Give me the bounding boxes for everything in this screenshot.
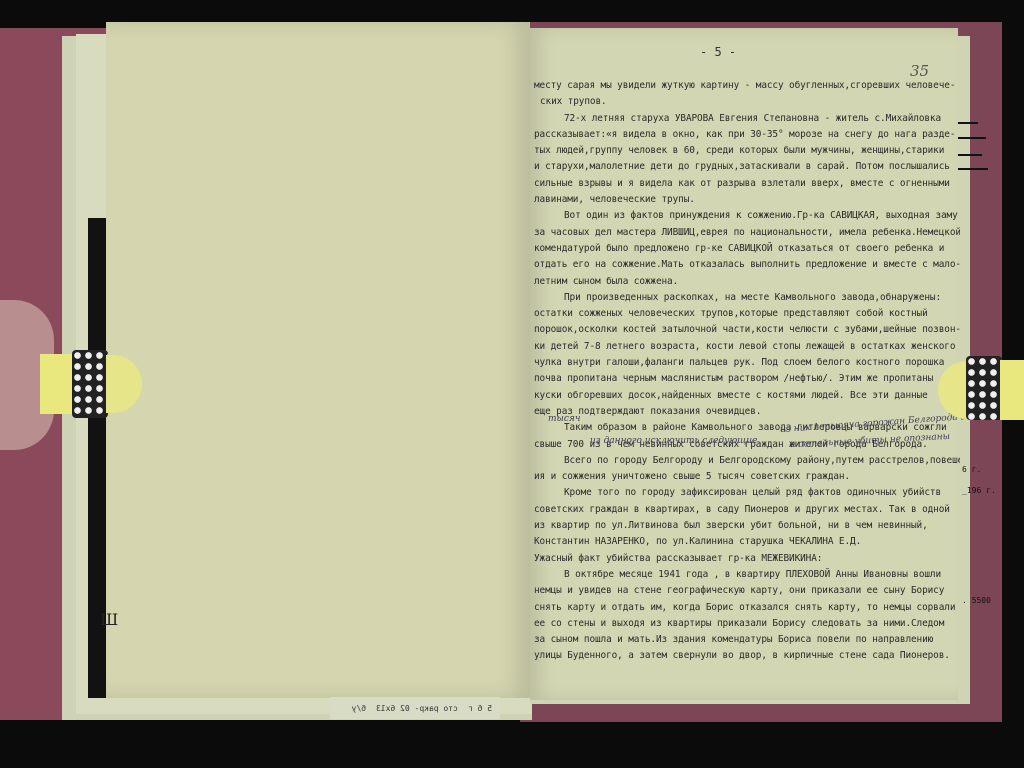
text-line: В октябре месяце 1941 года , в квартиру … [534, 567, 960, 583]
clip-band [72, 350, 108, 418]
page-clip-left [40, 350, 110, 418]
slip-text: сто ракр- 02 6х13 [376, 704, 458, 713]
text-line: ских трупов. [534, 94, 960, 110]
clip-sleeve [40, 354, 74, 414]
margin-mark: 6 г. [962, 465, 981, 474]
text-line: и старухи,малолетние дети до грудных,зат… [534, 159, 960, 175]
margin-mark: _196 г. [962, 486, 996, 495]
margin-mark: . 5500 [962, 596, 991, 605]
text-line: лавинами, человеческие трупы. [534, 192, 960, 208]
text-line: комендатурой было предложено гр-ке САВИЦ… [534, 241, 960, 257]
text-line: немцы и увидев на стене географическую к… [534, 583, 960, 599]
margin-rule [958, 154, 982, 156]
text-line: летним сыном была сожжена. [534, 274, 960, 290]
text-line: При произведенных раскопках, на месте Ка… [534, 290, 960, 306]
slip-text: 5 б г [468, 704, 492, 713]
clip-sleeve [1000, 360, 1024, 420]
text-line: Константин НАЗАРЕНКО, по ул.Калинина ста… [534, 534, 960, 550]
text-line: Всего по городу Белгороду и Белгородском… [534, 453, 960, 469]
text-line: сильные взрывы и я видела как от разрыва… [534, 176, 960, 192]
text-line: почва пропитана черным маслянистым раств… [534, 371, 960, 387]
page-number: - 5 - [700, 45, 736, 59]
text-line: за часовых дел мастера ЛИВШИЦ,еврея по н… [534, 225, 960, 241]
text-line: советских граждан в квартирах, в саду Пи… [534, 502, 960, 518]
text-line: тых людей,группу человек в 60, среди кот… [534, 143, 960, 159]
clip-cap [938, 361, 968, 419]
text-line: месту сарая мы увидели жуткую картину - … [534, 78, 960, 94]
text-line: Кроме того по городу зафиксирован целый … [534, 485, 960, 501]
text-line: отдать его на сожжение.Мать отказалась в… [534, 257, 960, 273]
text-line: Вот один из фактов принуждения к сожжени… [534, 208, 960, 224]
text-line: чулка внутри галоши,фаланги пальцев рук.… [534, 355, 960, 371]
margin-rule [958, 168, 988, 170]
text-line: остатки сожженых человеческих трупов,кот… [534, 306, 960, 322]
text-line: рассказывает:«я видела в окно, как при 3… [534, 127, 960, 143]
text-line: Ужасный факт убийства рассказывает гр-ка… [534, 551, 960, 567]
slip-text: б/у [352, 704, 366, 713]
clip-band [966, 356, 1002, 420]
margin-rule [958, 137, 986, 139]
text-line: снять карту и отдать им, когда Борис отк… [534, 600, 960, 616]
left-blank-page [106, 22, 530, 698]
text-line: порошок,осколки костей затылочной части,… [534, 322, 960, 338]
text-line: за сыном пошла и мать.Из здания комендат… [534, 632, 960, 648]
handwritten-annotation: тысяч [548, 414, 580, 424]
handwritten-annotation: из данного исключить следующие [590, 436, 757, 446]
text-line: ия и сожжения уничтожено свыше 5 тысяч с… [534, 469, 960, 485]
margin-rule [958, 122, 978, 124]
left-edge-mark: Ш [100, 610, 118, 629]
typed-text-body: месту сарая мы увидели жуткую картину - … [534, 78, 960, 665]
text-line: ее со стены и выходя из квартиры приказа… [534, 616, 960, 632]
text-line: куски обгоревших досок,найденных вместе … [534, 388, 960, 404]
page-clip-right [938, 356, 1008, 424]
text-line: 72-х летняя старуха УВАРОВА Евгения Степ… [534, 111, 960, 127]
text-line: улицы Буденного, а затем свернули во дво… [534, 648, 960, 664]
text-line: ки детей 7-8 летнего возраста, кости лев… [534, 339, 960, 355]
bottom-slip: 5 б г сто ракр- 02 6х13 б/у [330, 697, 500, 719]
text-line: из квартир по ул.Литвинова был зверски у… [534, 518, 960, 534]
